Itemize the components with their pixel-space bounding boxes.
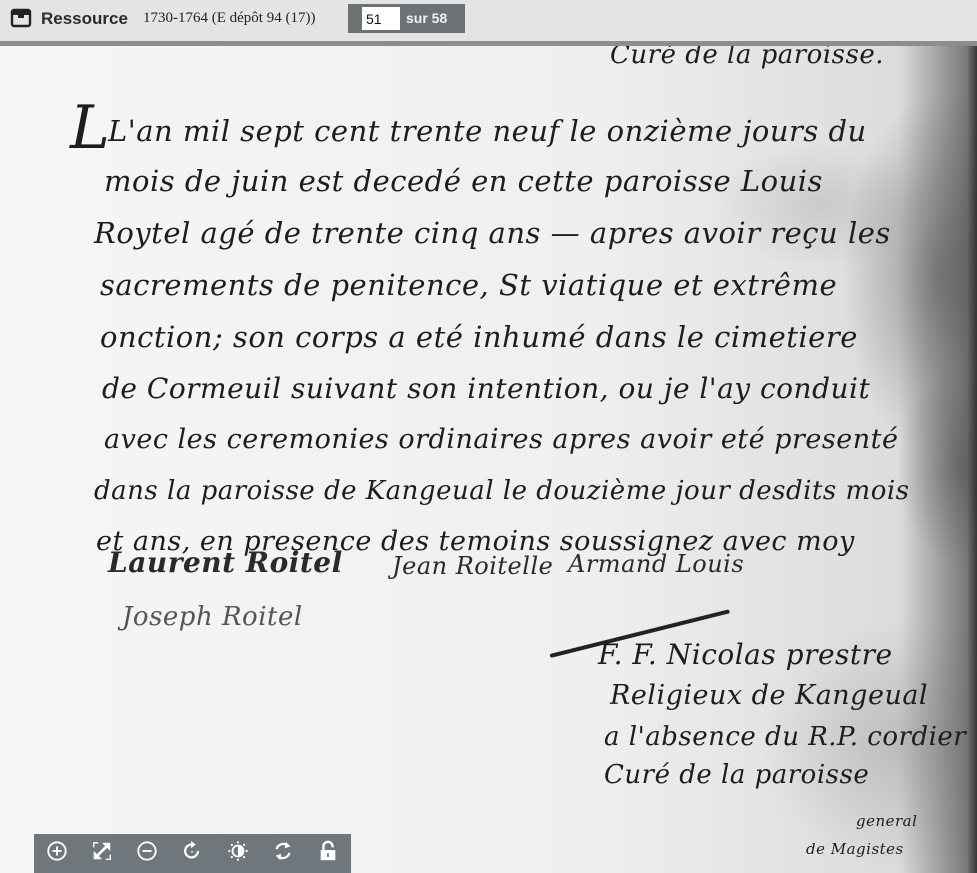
manuscript-line: onction; son corps a eté inhumé dans le … [100,320,858,354]
archive-box-icon [10,8,32,28]
contrast-icon [227,840,249,867]
expand-icon [91,840,113,867]
zoom-in-icon [46,840,68,867]
page-navigator: sur 58 [348,4,465,33]
signature: Armand Louis [568,550,744,578]
resource-header: Ressource 1730-1764 (E dépôt 94 (17)) su… [0,0,977,41]
signature: Jean Roitelle [392,552,553,580]
manuscript-line: L'an mil sept cent trente neuf le onzièm… [108,114,867,148]
margin-note: de Magistes [806,840,904,858]
manuscript-line: mois de juin est decedé en cette paroiss… [104,164,823,198]
rotate-button[interactable] [179,841,205,867]
rotate-icon [181,840,203,867]
manuscript-line: sacrements de penitence, St viatique et … [100,268,837,302]
margin-note: general [856,812,917,830]
zoom-out-icon [136,840,158,867]
signature: Joseph Roitel [122,602,303,632]
manuscript-line: Roytel agé de trente cinq ans — apres av… [94,216,891,250]
resource-subtitle: 1730-1764 (E dépôt 94 (17)) [143,10,315,27]
page-edge-shadow [967,46,977,873]
unlock-icon [317,840,339,867]
resource-title: Ressource [41,9,128,29]
closing-line: a l'absence du R.P. cordier [604,722,966,752]
manuscript-line: Curé de la paroisse. [610,46,884,70]
fit-screen-button[interactable] [89,841,115,867]
manuscript-line: dans la paroisse de Kangeual le douzième… [94,476,910,506]
closing-line: Curé de la paroisse [604,760,869,790]
refresh-icon [272,840,294,867]
contrast-button[interactable] [225,841,251,867]
closing-line: Religieux de Kangeual [610,680,928,711]
viewer-toolbar [34,834,351,873]
zoom-out-button[interactable] [134,841,160,867]
page-number-input[interactable] [362,7,400,30]
document-viewer[interactable]: Curé de la paroisse. L L'an mil sept cen… [0,46,977,873]
closing-line: F. F. Nicolas prestre [598,638,893,671]
signature: Laurent Roitel [108,546,343,579]
manuscript-line: avec les ceremonies ordinaires apres avo… [104,424,898,455]
manuscript-initial: L [70,98,110,158]
manuscript-line: de Cormeuil suivant son intention, ou je… [102,372,870,405]
lock-button[interactable] [315,841,341,867]
page-total: sur 58 [406,10,447,26]
reset-button[interactable] [270,841,296,867]
zoom-in-button[interactable] [44,841,70,867]
